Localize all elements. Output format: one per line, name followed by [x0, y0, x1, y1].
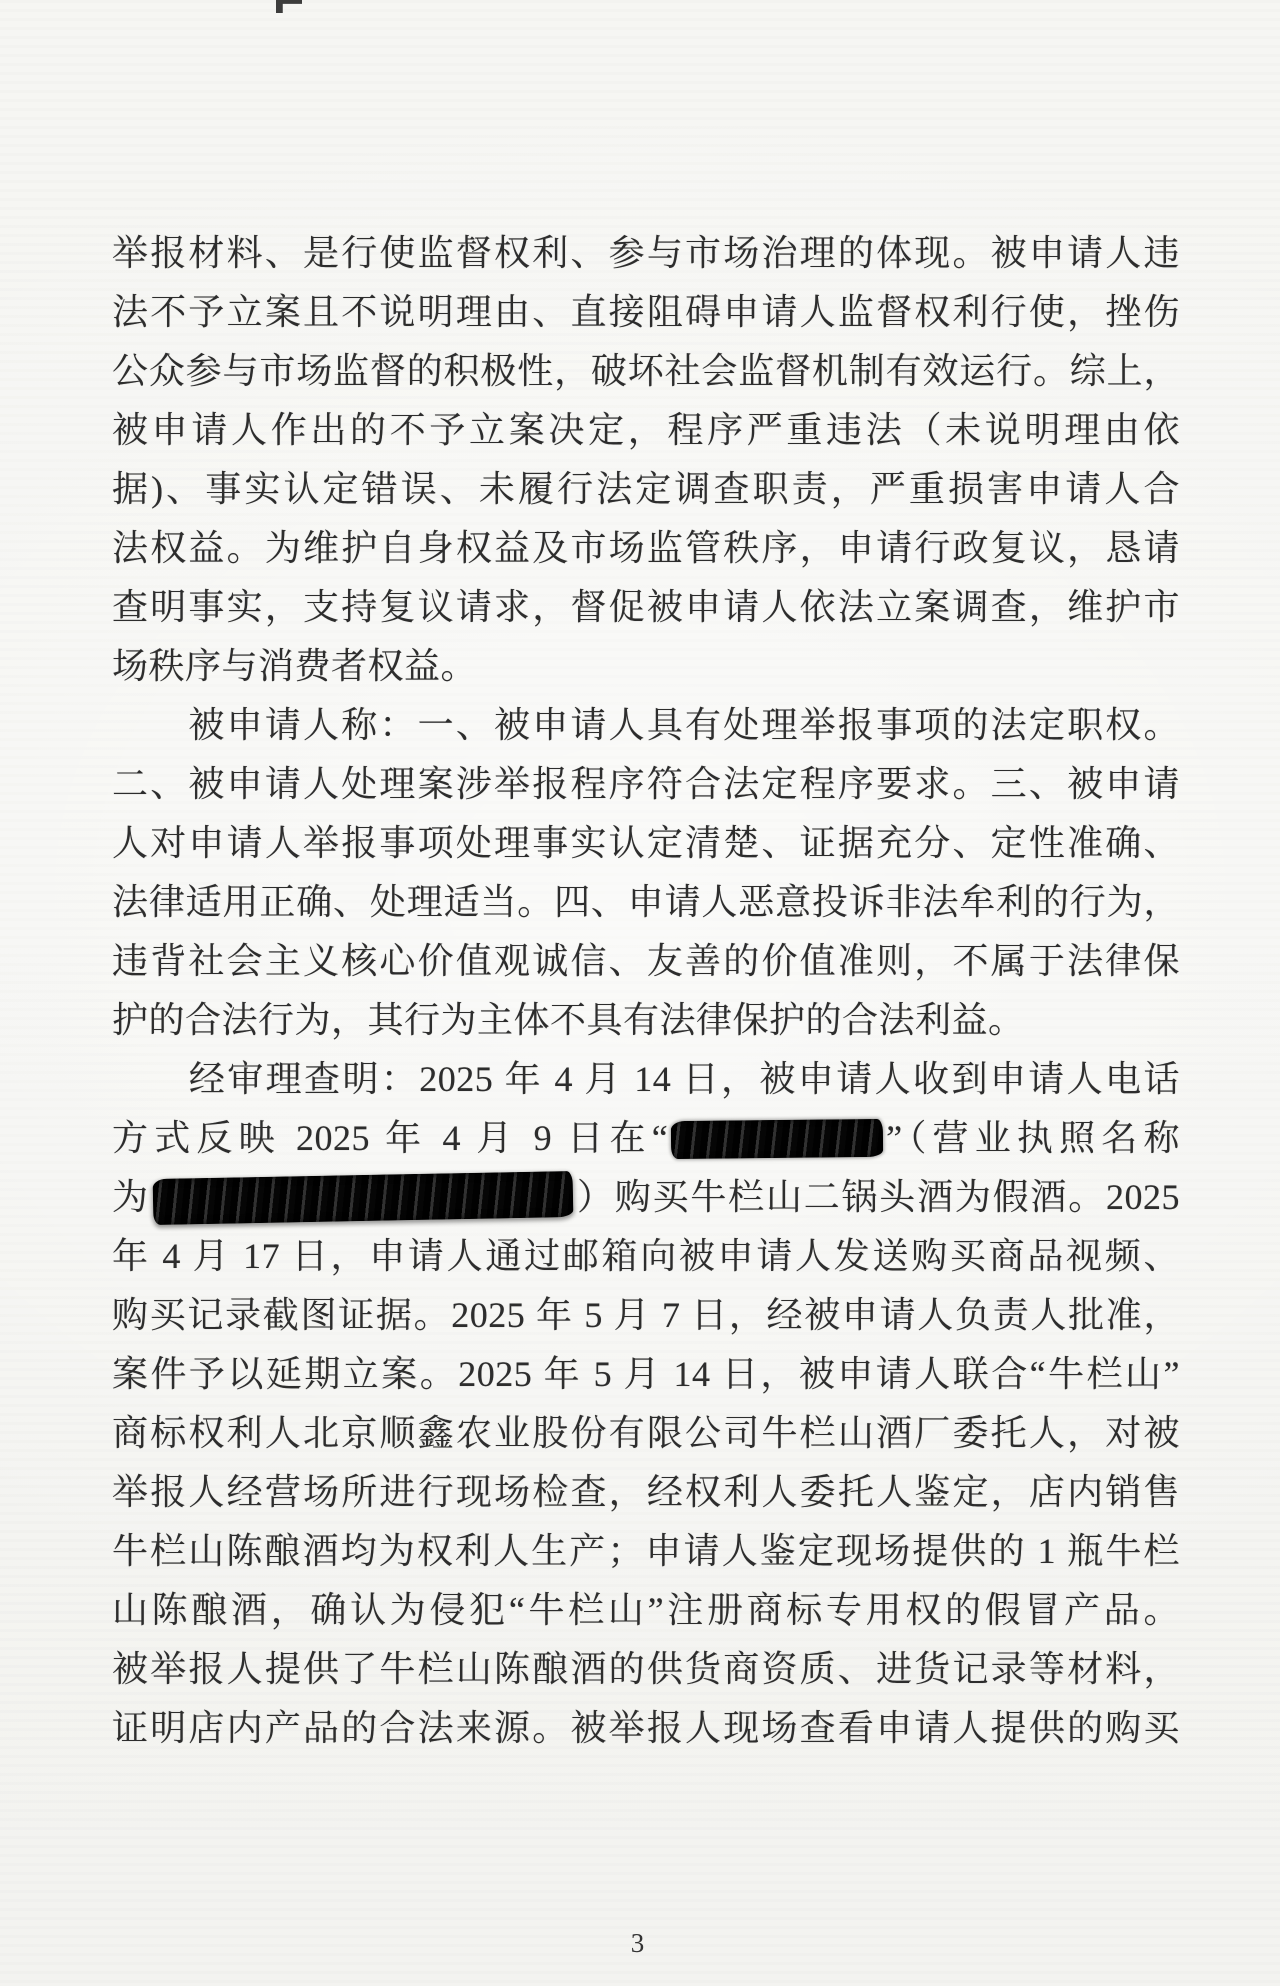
text-segment: ）购买牛栏山二锅头酒为假酒。2025 [576, 1177, 1180, 1217]
text-segment: 年 4 月 17 日，申请人通过邮箱向被申请人发送购买商品视频、 [112, 1236, 1180, 1276]
text-line: 为）购买牛栏山二锅头酒为假酒。2025 [112, 1168, 1180, 1227]
text-line: 商标权利人北京顺鑫农业股份有限公司牛栏山酒厂委托人，对被 [112, 1404, 1180, 1463]
text-line: 被举报人提供了牛栏山陈酿酒的供货商资质、进货记录等材料， [112, 1640, 1180, 1699]
text-segment: 为 [112, 1177, 150, 1217]
text-line: 牛栏山陈酿酒均为权利人生产；申请人鉴定现场提供的 1 瓶牛栏 [112, 1522, 1180, 1581]
text-segment: 被举报人提供了牛栏山陈酿酒的供货商资质、进货记录等材料， [112, 1649, 1180, 1689]
text-segment: ”（营业执照名称 [886, 1118, 1180, 1158]
scanned-document-page: 举报材料、是行使监督权利、参与市场治理的体现。被申请人违法不予立案且不说明理由、… [0, 0, 1280, 1986]
text-segment: 人对申请人举报事项处理事实认定清楚、证据充分、定性准确、 [112, 823, 1180, 863]
text-segment: 法权益。为维护自身权益及市场监管秩序，申请行政复议，恳请 [112, 528, 1180, 568]
text-segment: 被申请人称：一、被申请人具有处理举报事项的法定职权。 [112, 705, 1180, 745]
text-line: 被申请人称：一、被申请人具有处理举报事项的法定职权。 [112, 696, 1180, 755]
text-line: 购买记录截图证据。2025 年 5 月 7 日，经被申请人负责人批准， [112, 1286, 1180, 1345]
text-line: 举报人经营场所进行现场检查，经权利人委托人鉴定，店内销售 [112, 1463, 1180, 1522]
text-line: 经审理查明：2025 年 4 月 14 日，被申请人收到申请人电话 [112, 1050, 1180, 1109]
text-line: 场秩序与消费者权益。 [112, 637, 1180, 696]
text-line: 证明店内产品的合法来源。被举报人现场查看申请人提供的购买 [112, 1699, 1180, 1758]
text-segment: 法不予立案且不说明理由、直接阻碍申请人监督权利行使，挫伤 [112, 292, 1180, 332]
text-segment: 牛栏山陈酿酒均为权利人生产；申请人鉴定现场提供的 1 瓶牛栏 [112, 1531, 1180, 1571]
text-segment: 经审理查明：2025 年 4 月 14 日，被申请人收到申请人电话 [112, 1059, 1180, 1099]
text-segment: 举报人经营场所进行现场检查，经权利人委托人鉴定，店内销售 [112, 1472, 1180, 1512]
text-segment: 证明店内产品的合法来源。被举报人现场查看申请人提供的购买 [112, 1708, 1180, 1748]
text-segment: 护的合法行为，其行为主体不具有法律保护的合法利益。 [112, 1000, 1025, 1040]
scan-artifact [276, 0, 302, 13]
text-line: 二、被申请人处理案涉举报程序符合法定程序要求。三、被申请 [112, 755, 1180, 814]
text-segment: 举报材料、是行使监督权利、参与市场治理的体现。被申请人违 [112, 233, 1180, 273]
text-line: 举报材料、是行使监督权利、参与市场治理的体现。被申请人违 [112, 224, 1180, 283]
text-segment: 案件予以延期立案。2025 年 5 月 14 日，被申请人联合“牛栏山” [112, 1354, 1180, 1394]
text-segment: 场秩序与消费者权益。 [112, 646, 477, 686]
text-line: 案件予以延期立案。2025 年 5 月 14 日，被申请人联合“牛栏山” [112, 1345, 1180, 1404]
text-line: 违背社会主义核心价值观诚信、友善的价值准则，不属于法律保 [112, 932, 1180, 991]
text-segment: 查明事实，支持复议请求，督促被申请人依法立案调查，维护市 [112, 587, 1180, 627]
text-line: 据)、事实认定错误、未履行法定调查职责，严重损害申请人合 [112, 460, 1180, 519]
text-line: 人对申请人举报事项处理事实认定清楚、证据充分、定性准确、 [112, 814, 1180, 873]
text-line: 公众参与市场监督的积极性，破坏社会监督机制有效运行。综上， [112, 342, 1180, 401]
text-segment: 法律适用正确、处理适当。四、申请人恶意投诉非法牟利的行为， [112, 882, 1180, 922]
document-body: 举报材料、是行使监督权利、参与市场治理的体现。被申请人违法不予立案且不说明理由、… [112, 224, 1180, 1758]
redaction-mark [671, 1119, 883, 1159]
text-line: 年 4 月 17 日，申请人通过邮箱向被申请人发送购买商品视频、 [112, 1227, 1180, 1286]
text-segment: 据)、事实认定错误、未履行法定调查职责，严重损害申请人合 [112, 469, 1180, 509]
redaction-mark [152, 1171, 573, 1225]
text-segment: 二、被申请人处理案涉举报程序符合法定程序要求。三、被申请 [112, 764, 1180, 804]
text-line: 法权益。为维护自身权益及市场监管秩序，申请行政复议，恳请 [112, 519, 1180, 578]
text-line: 护的合法行为，其行为主体不具有法律保护的合法利益。 [112, 991, 1180, 1050]
text-segment: 方式反映 2025 年 4 月 9 日在“ [112, 1118, 668, 1158]
text-segment: 被申请人作出的不予立案决定，程序严重违法（未说明理由依 [112, 410, 1180, 450]
text-segment: 公众参与市场监督的积极性，破坏社会监督机制有效运行。综上， [112, 351, 1180, 391]
text-segment: 违背社会主义核心价值观诚信、友善的价值准则，不属于法律保 [112, 941, 1180, 981]
text-line: 法律适用正确、处理适当。四、申请人恶意投诉非法牟利的行为， [112, 873, 1180, 932]
text-segment: 山陈酿酒，确认为侵犯“牛栏山”注册商标专用权的假冒产品。 [112, 1590, 1180, 1630]
page-number: 3 [0, 1928, 1276, 1959]
text-line: 方式反映 2025 年 4 月 9 日在“”（营业执照名称 [112, 1109, 1180, 1168]
text-line: 被申请人作出的不予立案决定，程序严重违法（未说明理由依 [112, 401, 1180, 460]
text-line: 山陈酿酒，确认为侵犯“牛栏山”注册商标专用权的假冒产品。 [112, 1581, 1180, 1640]
text-segment: 购买记录截图证据。2025 年 5 月 7 日，经被申请人负责人批准， [112, 1295, 1180, 1335]
text-line: 法不予立案且不说明理由、直接阻碍申请人监督权利行使，挫伤 [112, 283, 1180, 342]
text-line: 查明事实，支持复议请求，督促被申请人依法立案调查，维护市 [112, 578, 1180, 637]
text-segment: 商标权利人北京顺鑫农业股份有限公司牛栏山酒厂委托人，对被 [112, 1413, 1180, 1453]
